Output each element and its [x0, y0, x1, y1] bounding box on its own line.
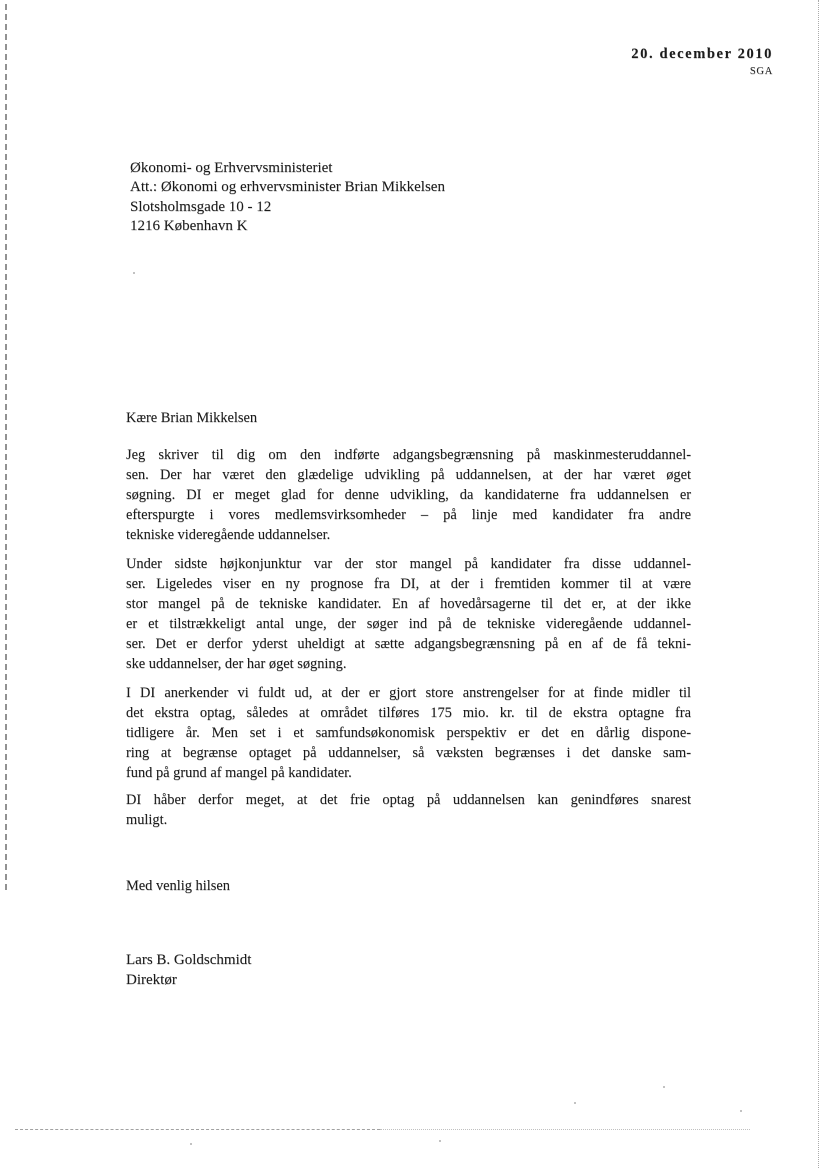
scan-artifact-bottom-line [15, 1129, 380, 1130]
letter-date: 20. december 2010 [631, 46, 773, 63]
paragraph-2: Under sidste højkonjunktur var der stor … [126, 554, 691, 674]
recipient-line-ministry: Økonomi- og Erhvervsministeriet [130, 159, 445, 178]
scan-speck [133, 272, 135, 274]
signature-name: Lars B. Goldschmidt [126, 951, 691, 971]
paragraph-3: I DI anerkender vi fuldt ud, at der er g… [126, 683, 691, 783]
paragraph-line: Jeg skriver til dig om den indførte adga… [126, 445, 691, 465]
recipient-line-city: 1216 København K [130, 217, 445, 236]
paragraph-line: er et tilstrækkeligt antal unge, der søg… [126, 614, 691, 634]
salutation: Kære Brian Mikkelsen [126, 408, 691, 428]
scan-speck [740, 1110, 742, 1112]
paragraph-line: stor mangel på de tekniske kandidater. E… [126, 594, 691, 614]
paragraph-line: DI håber derfor meget, at det frie optag… [126, 790, 691, 810]
letter-body: Kære Brian Mikkelsen Jeg skriver til dig… [126, 408, 691, 990]
recipient-line-street: Slotsholmsgade 10 - 12 [130, 198, 445, 217]
scan-speck [439, 1140, 441, 1142]
paragraph-line: fund på grund af mangel på kandidater. [126, 763, 691, 783]
paragraph-line: det ekstra optag, således at området til… [126, 703, 691, 723]
scan-speck [190, 1143, 192, 1145]
paragraph-4: DI håber derfor meget, at det frie optag… [126, 790, 691, 830]
recipient-address: Økonomi- og Erhvervsministeriet Att.: Øk… [130, 159, 445, 236]
signature-block: Lars B. Goldschmidt Direktør [126, 951, 691, 990]
paragraph-line: tidligere år. Men set i et samfundsøkono… [126, 723, 691, 743]
signature-title: Direktør [126, 971, 691, 991]
paragraph-line: Under sidste højkonjunktur var der stor … [126, 554, 691, 574]
closing-salutation: Med venlig hilsen [126, 876, 691, 896]
paragraph-line: søgning. DI er meget glad for denne udvi… [126, 485, 691, 505]
letter-page: 20. december 2010 SGA Økonomi- og Erhver… [0, 0, 825, 1168]
paragraph-line: ser. Det er derfor yderst uheldigt at sæ… [126, 634, 691, 654]
scan-speck [574, 1102, 576, 1104]
scan-speck [663, 1086, 665, 1088]
paragraph-line: ser. Ligeledes viser en ny prognose fra … [126, 574, 691, 594]
paragraph-line: efterspurgte i vores medlemsvirksomheder… [126, 505, 691, 525]
paragraph-line: sen. Der har været den glædelige udvikli… [126, 465, 691, 485]
paragraph-1: Jeg skriver til dig om den indførte adga… [126, 445, 691, 545]
recipient-line-attention: Att.: Økonomi og erhvervsminister Brian … [130, 178, 445, 197]
reference-initials: SGA [631, 66, 773, 77]
scan-artifact-right-edge [818, 0, 819, 1168]
header-block: 20. december 2010 SGA [631, 46, 773, 77]
paragraph-line: muligt. [126, 810, 691, 830]
scan-artifact-left-edge [5, 4, 7, 890]
paragraph-line: ring at begrænse optaget på uddannelser,… [126, 743, 691, 763]
scan-artifact-bottom-line-faint [380, 1129, 750, 1130]
paragraph-line: tekniske videregående uddannelser. [126, 525, 691, 545]
paragraph-line: ske uddannelser, der har øget søgning. [126, 654, 691, 674]
paragraph-line: I DI anerkender vi fuldt ud, at der er g… [126, 683, 691, 703]
